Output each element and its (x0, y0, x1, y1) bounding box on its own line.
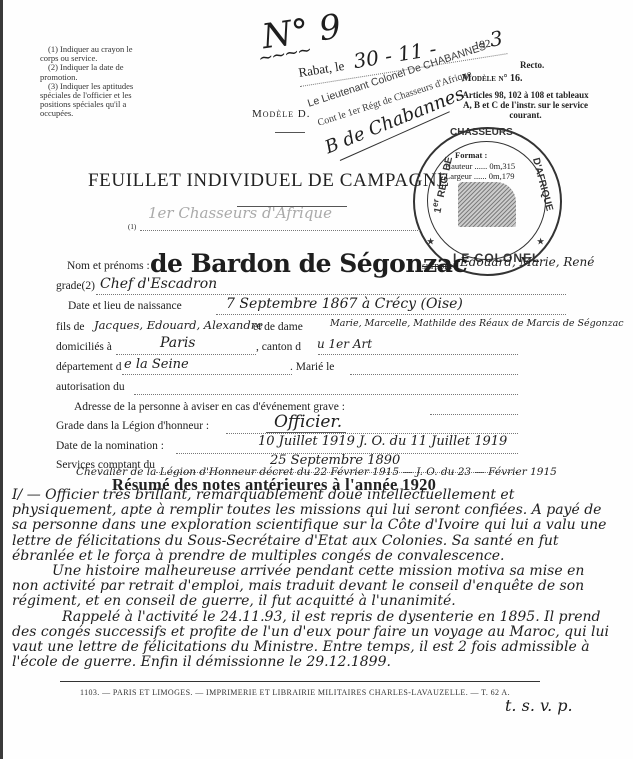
value-mere: Marie, Marcelle, Mathilde des Réaux de M… (330, 318, 624, 329)
label-nomination: Date de la nomination : (56, 440, 164, 452)
hauteur-value: 0m,315 (489, 161, 515, 171)
grade-underline (96, 294, 566, 295)
value-canton: u 1er Art (317, 337, 372, 351)
domicile-underline (116, 354, 256, 355)
articles-reference: Articles 98, 102 à 108 et tableaux A, B … (458, 90, 593, 120)
footnotes: (1) Indiquer au crayon le corps ou servi… (40, 45, 145, 119)
place-label: Rabat, le (297, 58, 345, 80)
unit-underline (140, 230, 420, 231)
footnote-3: (3) Indiquer les aptitudes spéciales de … (40, 82, 145, 119)
footnote-2: (2) Indiquer la date de promotion. (40, 63, 145, 81)
stamp-star-right: ★ (537, 237, 544, 246)
document-title: FEUILLET INDIVIDUEL DE CAMPAGNE (88, 170, 449, 192)
label-departement: département d (56, 361, 121, 373)
label-nom: Nom et prénoms : (67, 260, 150, 272)
label-canton: , canton d (256, 341, 301, 353)
marie-underline (350, 374, 518, 375)
value-naissance: 7 Septembre 1867 à Crécy (Oise) (226, 296, 463, 312)
label-legion-grade: Grade dans la Légion d'honneur : (56, 420, 209, 432)
format-largeur: Largeur ...... 0m,179 (445, 172, 515, 181)
value-departement: e la Seine (124, 357, 189, 372)
autorisation-underline (134, 394, 518, 395)
adresse-underline (430, 414, 518, 415)
modele-rule (275, 132, 305, 133)
unit-value: 1er Chasseurs d'Afrique (148, 204, 332, 222)
value-legion-grade: Officier. (274, 412, 342, 432)
footnote-1: (1) Indiquer au crayon le corps ou servi… (40, 45, 145, 63)
format-label: Format : (455, 151, 487, 160)
printer-imprint: 1103. — PARIS ET LIMOGES. — IMPRIMERIE E… (80, 688, 510, 697)
stamp-ring-top: CHASSEURS (450, 127, 513, 138)
year-handwritten: 3 (488, 26, 504, 52)
value-grade: Chef d'Escadron (100, 276, 217, 292)
label-grade: grade(2) (56, 280, 95, 292)
value-nomination: 10 Juillet 1919 J. O. du 11 Juillet 1919 (258, 434, 507, 449)
stamp-emblem (458, 182, 516, 227)
label-marie: . Marié le (290, 361, 334, 373)
value-pere: Jacques, Edouard, Alexandre (94, 318, 263, 332)
notes-paragraph-3: Rappelé à l'activité le 24.11.93, il est… (12, 610, 612, 671)
value-nom: de Bardon de Ségonzac (150, 249, 467, 278)
tsvp-note: t. s. v. p. (505, 696, 573, 715)
notes-body: I/ — Officier très brillant, remarquable… (12, 488, 612, 670)
label-fils-de: fils de (56, 321, 84, 333)
notes-bottom-rule (60, 681, 540, 682)
value-domicile: Paris (160, 335, 196, 351)
value-prenoms: Edouard, Marie, René (460, 255, 594, 269)
label-surnom: surnom (422, 261, 452, 272)
label-naissance: Date et lieu de naissance (68, 300, 182, 312)
notes-paragraph-2: Une histoire malheureuse arrivée pendant… (12, 564, 612, 610)
scanned-document-page: (1) Indiquer au crayon le corps ou servi… (0, 0, 633, 759)
canton-underline (318, 354, 518, 355)
departement-underline (122, 374, 292, 375)
naissance-underline (216, 314, 566, 315)
recto-label: Recto. (520, 60, 544, 70)
stamp-star-left: ★ (427, 237, 434, 246)
format-hauteur: Hauteur ...... 0m,315 (445, 162, 515, 171)
label-et-de-dame: et de dame (253, 321, 303, 333)
largeur-value: 0m,179 (489, 171, 515, 181)
label-domicilies: domiciliés à (56, 341, 112, 353)
modele-label: Modèle D. (252, 108, 310, 120)
notes-paragraph-1: I/ — Officier très brillant, remarquable… (12, 488, 612, 564)
label-autorisation: autorisation du (56, 381, 125, 393)
scan-border (0, 0, 3, 759)
unit-marker: (1) (128, 223, 136, 231)
